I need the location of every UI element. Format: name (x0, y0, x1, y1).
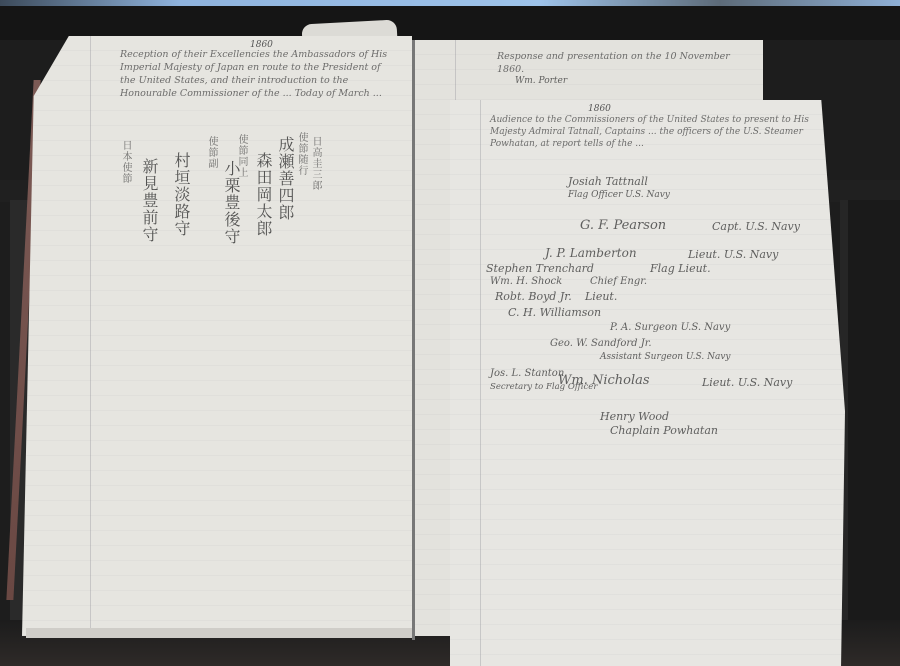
left-page-stack (26, 628, 412, 638)
signature-title: Chief Engr. (590, 276, 647, 287)
side-signature-name: Jos. L. Stanton (490, 368, 564, 379)
signature-title: Capt. U.S. Navy (712, 220, 800, 233)
signature-name: Wm. H. Shock (490, 276, 562, 287)
display-case-inner-right (840, 200, 900, 666)
margin-line (480, 100, 481, 666)
signature-title: Lieut. U.S. Navy (702, 376, 792, 389)
kanji-column: 使節同上 (234, 134, 249, 178)
signature-name: Josiah Tattnall (568, 175, 648, 188)
kanji-column: 使節随行 (294, 132, 309, 176)
signature-title: Lieut. (585, 290, 617, 303)
signature-title: Chaplain Powhatan (610, 424, 718, 437)
signature-name: Stephen Trenchard (486, 262, 594, 275)
margin-line (90, 36, 91, 636)
side-signature-title: Secretary to Flag Officer (490, 382, 597, 392)
right-note: Audience to the Commissioners of the Uni… (490, 114, 820, 150)
signature-title: P. A. Surgeon U.S. Navy (610, 322, 730, 333)
right-under-signature: Wm. Porter (515, 76, 567, 86)
left-english-note: Reception of their Excellencies the Amba… (120, 48, 390, 100)
signature-name: C. H. Williamson (508, 306, 601, 319)
signature-name: G. F. Pearson (580, 218, 666, 233)
signature-name: Geo. W. Sandford Jr. (550, 338, 652, 349)
signature-name: Henry Wood (600, 410, 669, 423)
right-page: 1860 Audience to the Commissioners of th… (450, 100, 845, 666)
signature-title: Assistant Surgeon U.S. Navy (600, 352, 731, 362)
signature-name: J. P. Lamberton (545, 246, 637, 260)
signature-name: Robt. Boyd Jr. (495, 290, 572, 303)
kanji-column: 新見豊前守 (138, 158, 161, 243)
kanji-column: 日高圭三郎 (308, 136, 323, 191)
right-under-note: Response and presentation on the 10 Nove… (497, 50, 757, 76)
right-date: 1860 (588, 104, 611, 114)
kanji-column: 日本使節 (118, 140, 133, 184)
signature-title: Lieut. U.S. Navy (688, 248, 778, 261)
signature-title: Flag Officer U.S. Navy (568, 190, 670, 200)
kanji-column: 使節副 (204, 136, 219, 169)
display-case-top (0, 6, 900, 40)
kanji-column: 森田岡太郎 (252, 152, 275, 237)
signature-title: Flag Lieut. (650, 262, 711, 275)
kanji-column: 村垣淡路守 (170, 152, 193, 237)
left-page: 1860 Reception of their Excellencies the… (22, 36, 412, 636)
